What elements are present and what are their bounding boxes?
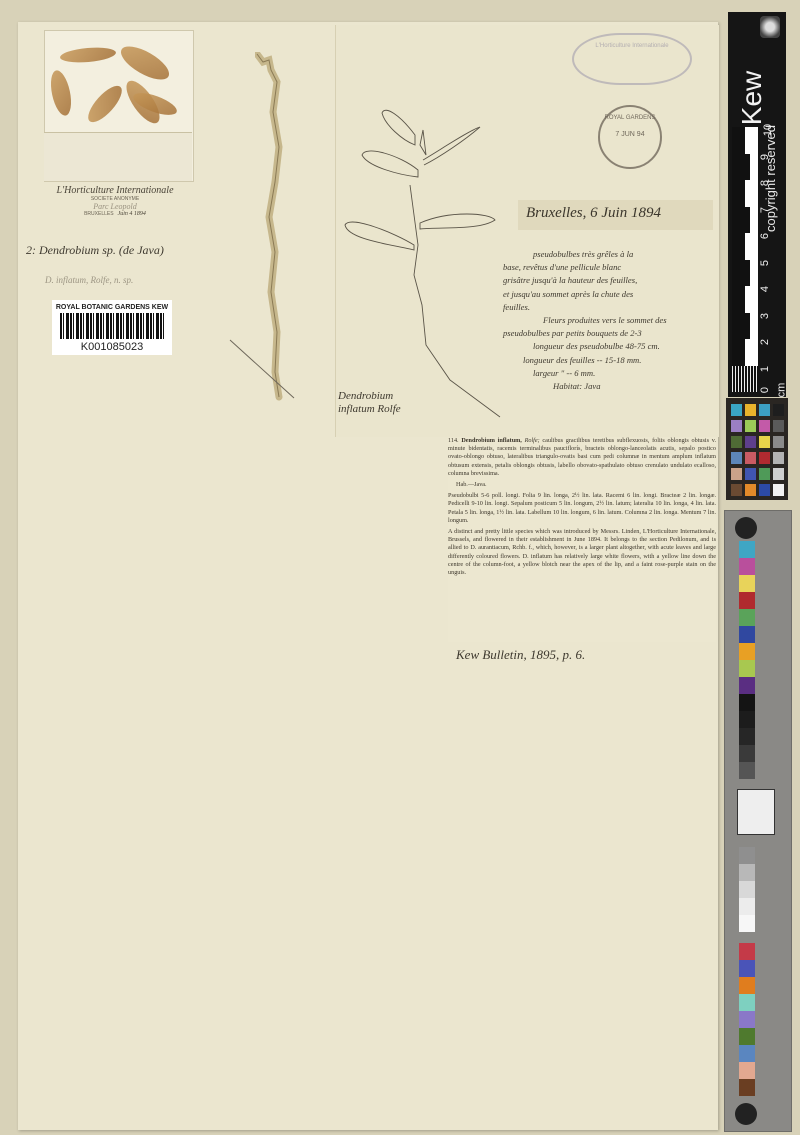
- determination-note: D. inflatum, Rolfe, n. sp.: [45, 275, 133, 285]
- hole-icon: [735, 517, 757, 539]
- drawing-caption-species: inflatum Rolfe: [338, 403, 401, 416]
- drawing-caption: Dendrobium inflatum Rolfe: [338, 390, 401, 416]
- label-city: BRUXELLES: [84, 211, 113, 217]
- label-place: Parc Leopold: [50, 202, 180, 211]
- letter-line: pseudobulbes très grêles à la: [503, 248, 713, 261]
- protologue-number: 114.: [448, 437, 459, 444]
- barcode-bars: [60, 313, 164, 339]
- letter-line: longueur des feuilles -- 15-18 mm.: [503, 354, 713, 367]
- color-gray-scale-strip: [724, 510, 792, 1132]
- letter-line: grisâtre jusqu'à la hauteur des feuilles…: [503, 274, 713, 287]
- tick-2: 2: [759, 339, 771, 345]
- color-checker: [726, 398, 788, 500]
- collector-note: 2: Dendrobium sp. (de Java): [26, 243, 164, 258]
- royal-gardens-stamp-text: ROYAL GARDENS: [600, 115, 660, 121]
- tick-5: 5: [759, 260, 771, 266]
- horticulture-stamp: L'Horticulture Internationale: [572, 33, 692, 85]
- letter-body: pseudobulbes très grêles à la base, revê…: [503, 248, 713, 393]
- barcode-number: K001085023: [52, 341, 172, 353]
- packet-flap: [44, 132, 192, 181]
- protologue-english: A distinct and pretty little species whi…: [448, 528, 716, 577]
- protologue-measurements: Pseudobulbi 5-6 poll. longi. Folia 9 lin…: [448, 492, 716, 525]
- cm-ruler: [732, 127, 758, 392]
- kew-scale-bar: Kew copyright reserved 10 9 8 7 6 5 4 3 …: [728, 12, 786, 397]
- label-title: L'Horticulture Internationale: [50, 185, 180, 196]
- letter-line: Fleurs produites vers le sommet des: [503, 314, 713, 327]
- plant-drawing: [340, 105, 505, 420]
- kew-logo: Kew: [736, 71, 768, 125]
- original-label: L'Horticulture Internationale SOCIETE AN…: [50, 185, 180, 235]
- horticulture-stamp-text: L'Horticulture Internationale: [574, 43, 690, 49]
- tick-4: 4: [759, 286, 771, 292]
- institution-name: ROYAL BOTANIC GARDENS KEW: [52, 304, 172, 311]
- tick-6: 6: [759, 233, 771, 239]
- protologue-latin: 114. Dendrobium inflatum, Rolfe; caulibu…: [448, 437, 716, 478]
- tick-3: 3: [759, 313, 771, 319]
- royal-gardens-stamp-date: 7 JUN 94: [600, 131, 660, 138]
- crest-icon: [760, 16, 780, 38]
- cm-unit: cm: [775, 383, 787, 398]
- label-date: Juin 4 1894: [118, 211, 146, 217]
- tick-8: 8: [759, 180, 771, 186]
- copyright-text: copyright reserved: [763, 125, 778, 232]
- barcode-label: ROYAL BOTANIC GARDENS KEW K001085023: [52, 300, 172, 355]
- tick-10: 10: [762, 124, 774, 136]
- letter-heading-strip: Bruxelles, 6 Juin 1894: [518, 200, 713, 230]
- letter-line: longueur des pseudobulbe 48-75 cm.: [503, 340, 713, 353]
- letter-habitat: Habitat: Java: [503, 380, 713, 393]
- tick-7: 7: [759, 207, 771, 213]
- letter-line: pseudobulbes par petits bouquets de 2-3: [503, 327, 713, 340]
- letter-heading: Bruxelles, 6 Juin 1894: [518, 200, 713, 227]
- letter-line: base, revêtus d'une pellicule blanc: [503, 261, 713, 274]
- letter-line: feuilles.: [503, 301, 713, 314]
- drawing-caption-genus: Dendrobium: [338, 390, 401, 403]
- hole-icon: [735, 1103, 757, 1125]
- publication-clipping: 114. Dendrobium inflatum, Rolfe; caulibu…: [448, 437, 716, 642]
- tick-9: 9: [759, 154, 771, 160]
- protologue-habitat: Hab.—Java.: [448, 481, 716, 489]
- citation-note: Kew Bulletin, 1895, p. 6.: [456, 647, 585, 663]
- protologue-author: Rolfe;: [525, 437, 540, 444]
- letter-line: et jusqu'au sommet après la chute des: [503, 288, 713, 301]
- royal-gardens-stamp: ROYAL GARDENS 7 JUN 94: [598, 105, 662, 169]
- reference-patch: [737, 789, 775, 835]
- letter-line: largeur " -- 6 mm.: [503, 367, 713, 380]
- protologue-name: Dendrobium inflatum,: [461, 437, 522, 444]
- pencil-line: [228, 338, 298, 400]
- tick-1: 1: [759, 366, 771, 372]
- tick-0: 0: [759, 387, 771, 393]
